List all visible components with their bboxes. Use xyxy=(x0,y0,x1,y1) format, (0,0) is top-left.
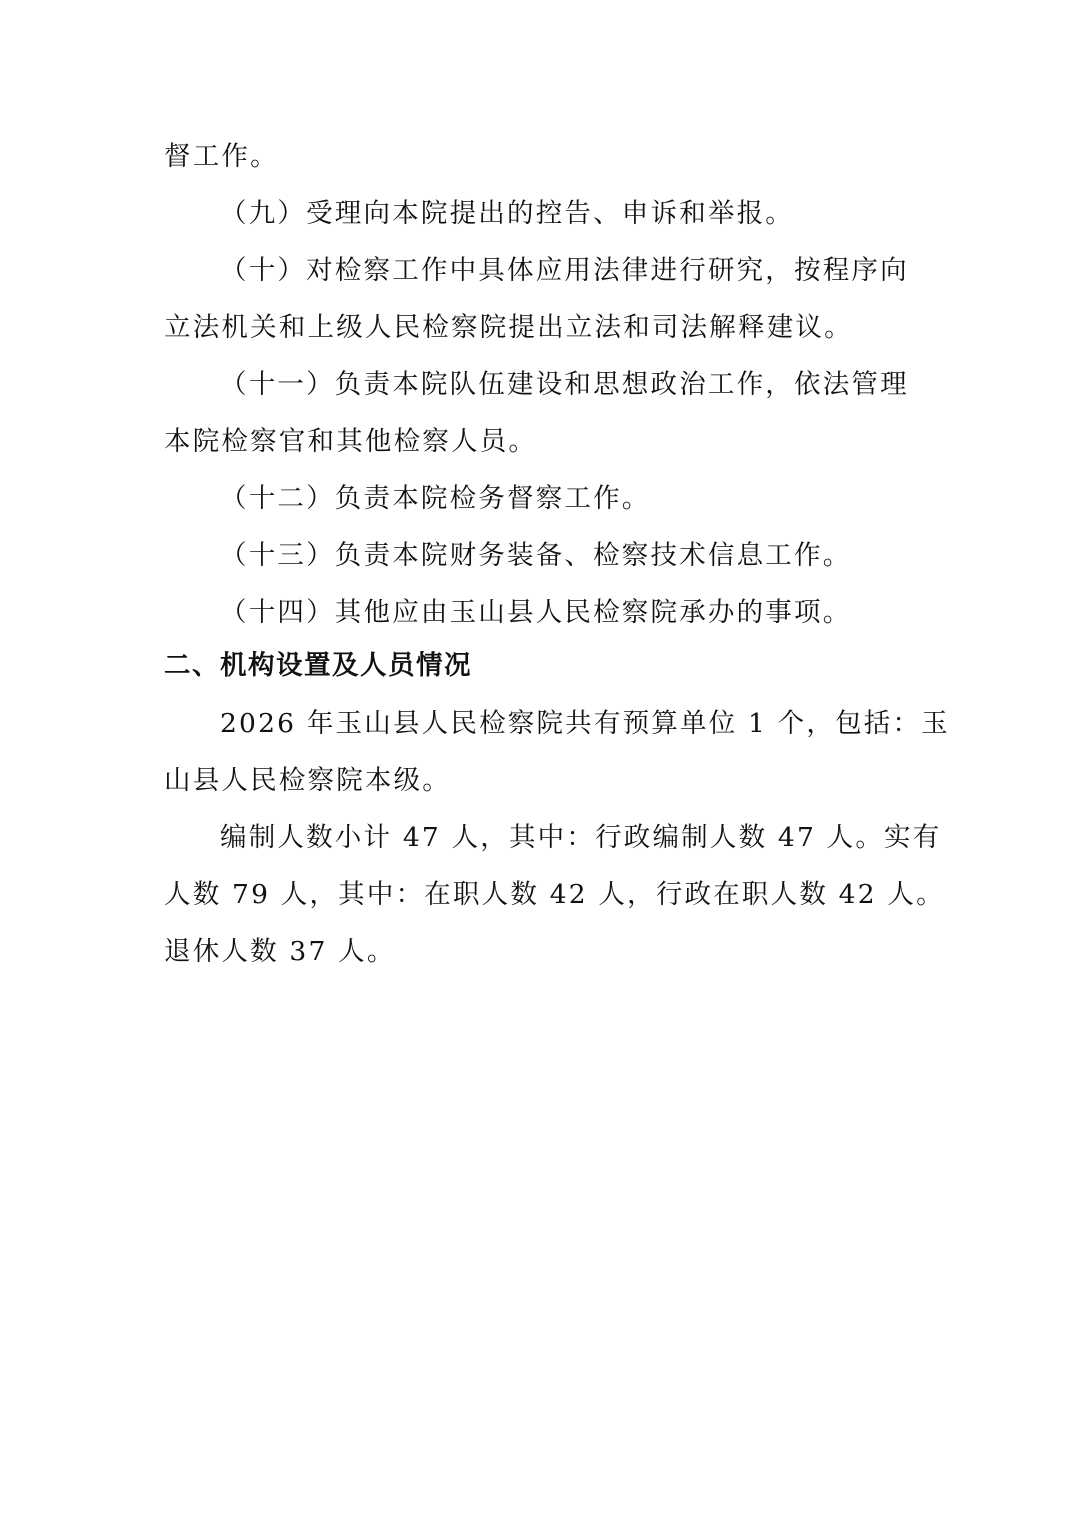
list-item-9: （九）受理向本院提出的控告、申诉和举报。 xyxy=(220,198,914,230)
budget-unit-paragraph: 2026 年玉山县人民检察院共有预算单位 1 个，包括：玉 xyxy=(220,708,914,740)
section-heading: 二、机构设置及人员情况 xyxy=(164,650,914,682)
staffing-paragraph: 编制人数小计 47 人，其中：行政编制人数 47 人。实有 xyxy=(220,822,914,854)
list-item-10: （十）对检察工作中具体应用法律进行研究，按程序向 xyxy=(220,255,914,287)
staffing-paragraph-end: 退休人数 37 人。 xyxy=(164,936,914,968)
list-item-14: （十四）其他应由玉山县人民检察院承办的事项。 xyxy=(220,597,914,629)
list-item-12: （十二）负责本院检务督察工作。 xyxy=(220,483,914,515)
list-item-10-continuation: 立法机关和上级人民检察院提出立法和司法解释建议。 xyxy=(164,312,914,344)
list-item-13: （十三）负责本院财务装备、检察技术信息工作。 xyxy=(220,540,914,572)
list-item-11-continuation: 本院检察官和其他检察人员。 xyxy=(164,426,914,458)
staffing-paragraph-continuation: 人数 79 人，其中：在职人数 42 人，行政在职人数 42 人。 xyxy=(164,879,914,911)
list-item-11: （十一）负责本院队伍建设和思想政治工作，依法管理 xyxy=(220,369,914,401)
paragraph-line-continuation: 督工作。 xyxy=(164,141,914,173)
budget-unit-paragraph-continuation: 山县人民检察院本级。 xyxy=(164,765,914,797)
document-page: 督工作。 （九）受理向本院提出的控告、申诉和举报。 （十）对检察工作中具体应用法… xyxy=(0,0,1074,1520)
